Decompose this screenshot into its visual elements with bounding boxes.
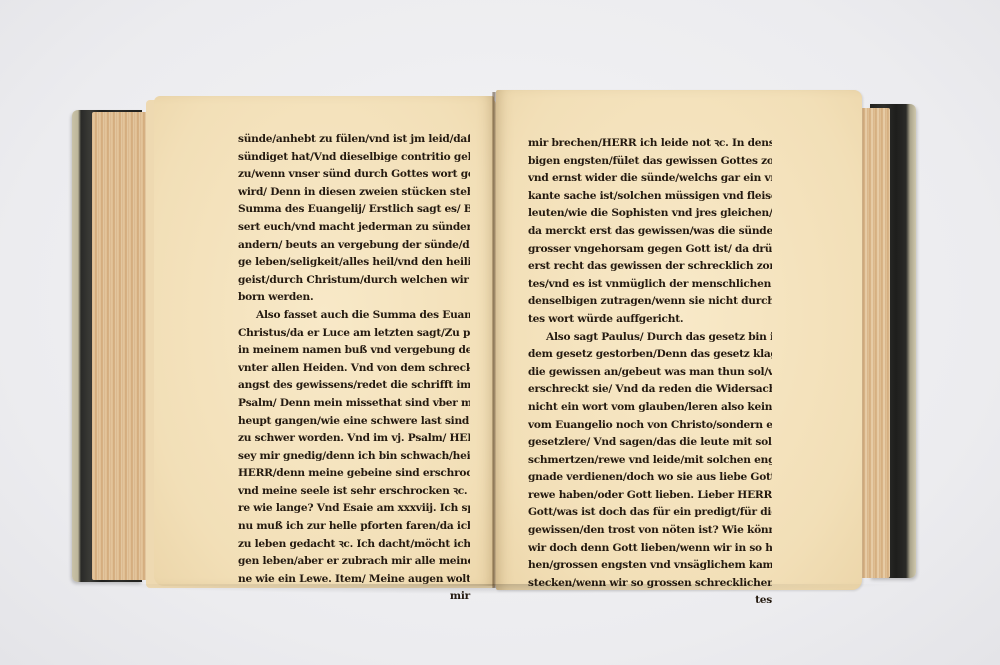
- book-shadow: [90, 584, 900, 594]
- text-line: gewissen/den trost von nöten ist? Wie kö…: [528, 522, 772, 540]
- text-line: wird/ Denn in diesen zweien stücken steh…: [238, 184, 470, 202]
- open-book: sünde/anhebt zu fülen/vnd ist jm leid/da…: [0, 0, 1000, 665]
- text-line: zu leben gedacht ꝛc. Ich dacht/möcht ich…: [238, 536, 470, 554]
- text-line: gen leben/aber er zubrach mir alle meine…: [238, 553, 470, 571]
- text-line: Also fasset auch die Summa des Euangelij: [238, 307, 470, 325]
- text-line: die gewissen an/gebeut was man thun sol/…: [528, 364, 772, 382]
- text-line: erschreckt sie/ Vnd da reden die Widersa…: [528, 381, 772, 399]
- text-line: angst des gewissens/redet die schrifft i…: [238, 377, 470, 395]
- text-line: bigen engsten/fület das gewissen Gottes …: [528, 153, 772, 171]
- text-line: kante sache ist/solchen müssigen vnd fle…: [528, 188, 772, 206]
- text-line: sünde/anhebt zu fülen/vnd ist jm leid/da…: [238, 131, 470, 149]
- text-line: zu/wenn vnser sünd durch Gottes wort ges…: [238, 166, 470, 184]
- text-line: tes/vnd es ist vnmüglich der menschliche…: [528, 276, 772, 294]
- text-line: in meinem namen buß vnd vergebung der sü…: [238, 342, 470, 360]
- text-line: andern/ beuts an vergebung der sünde/das…: [238, 237, 470, 255]
- text-line: mir brechen/HERR ich leide not ꝛc. In de…: [528, 135, 772, 153]
- text-line: leuten/wie die Sophisten vnd jres gleich…: [528, 205, 772, 223]
- text-line: sert euch/vnd macht jederman zu sündern/…: [238, 219, 470, 237]
- text-line: nu muß ich zur helle pforten faren/da ic…: [238, 518, 470, 536]
- text-line: rewe haben/oder Gott lieben. Lieber HERR: [528, 487, 772, 505]
- text-line: ge leben/seligkeit/alles heil/vnd den he…: [238, 254, 470, 272]
- text-line: nicht ein wort vom glauben/leren also ke…: [528, 399, 772, 417]
- left-page-edges: [92, 112, 154, 580]
- text-line: geist/durch Christum/durch welchen wir n…: [238, 272, 470, 290]
- text-line: born werden.: [238, 289, 470, 307]
- text-line: Christus/da er Luce am letzten sagt/Zu p…: [238, 325, 470, 343]
- text-line: erst recht das gewissen der schrecklich …: [528, 258, 772, 276]
- text-line: Also sagt Paulus/ Durch das gesetz bin i…: [528, 329, 772, 347]
- text-line: vnd ernst wider die sünde/welchs gar ein…: [528, 170, 772, 188]
- text-line: vnd meine seele ist sehr erschrocken ꝛc.…: [238, 483, 470, 501]
- text-line: re wie lange? Vnd Esaie am xxxviij. Ich …: [238, 500, 470, 518]
- text-line: Psalm/ Denn mein missethat sind vber mei…: [238, 395, 470, 413]
- catchword: tes: [528, 592, 772, 610]
- right-page-text: mir brechen/HERR ich leide not ꝛc. In de…: [528, 135, 772, 610]
- text-line: Gott/was ist doch das für ein predigt/fü…: [528, 504, 772, 522]
- text-line: da merckt erst das gewissen/was die sünd…: [528, 223, 772, 241]
- text-line: zu schwer worden. Vnd im vj. Psalm/ HERR: [238, 430, 470, 448]
- text-line: sündiget hat/Vnd dieselbige contritio ge…: [238, 149, 470, 167]
- text-line: denselbigen zutragen/wenn sie nicht durc…: [528, 293, 772, 311]
- text-line: Summa des Euangelij/ Erstlich sagt es/ B…: [238, 201, 470, 219]
- text-line: wir doch denn Gott lieben/wenn wir in so…: [528, 540, 772, 558]
- text-line: hen/grossen engsten vnd vnsäglichem kamp…: [528, 557, 772, 575]
- text-line: HERR/denn meine gebeine sind erschrocken…: [238, 465, 470, 483]
- left-page-text: sünde/anhebt zu fülen/vnd ist jm leid/da…: [238, 131, 470, 606]
- text-line: heupt gangen/wie eine schwere last sind …: [238, 413, 470, 431]
- text-line: tes wort würde auffgericht.: [528, 311, 772, 329]
- book-gutter: [492, 92, 496, 588]
- text-line: gesetzlere/ Vnd sagen/das die leute mit …: [528, 434, 772, 452]
- text-line: dem gesetz gestorben/Denn das gesetz kla…: [528, 346, 772, 364]
- text-line: vnter allen Heiden. Vnd von dem schrecke…: [238, 360, 470, 378]
- text-line: gnade verdienen/doch wo sie aus liebe Go…: [528, 469, 772, 487]
- text-line: vom Euangelio noch von Christo/sondern e…: [528, 417, 772, 435]
- text-line: grosser vngehorsam gegen Gott ist/ da dr…: [528, 241, 772, 259]
- text-line: sey mir gnedig/denn ich bin schwach/heil…: [238, 448, 470, 466]
- text-line: schmertzen/rewe vnd leide/mit solchen en…: [528, 452, 772, 470]
